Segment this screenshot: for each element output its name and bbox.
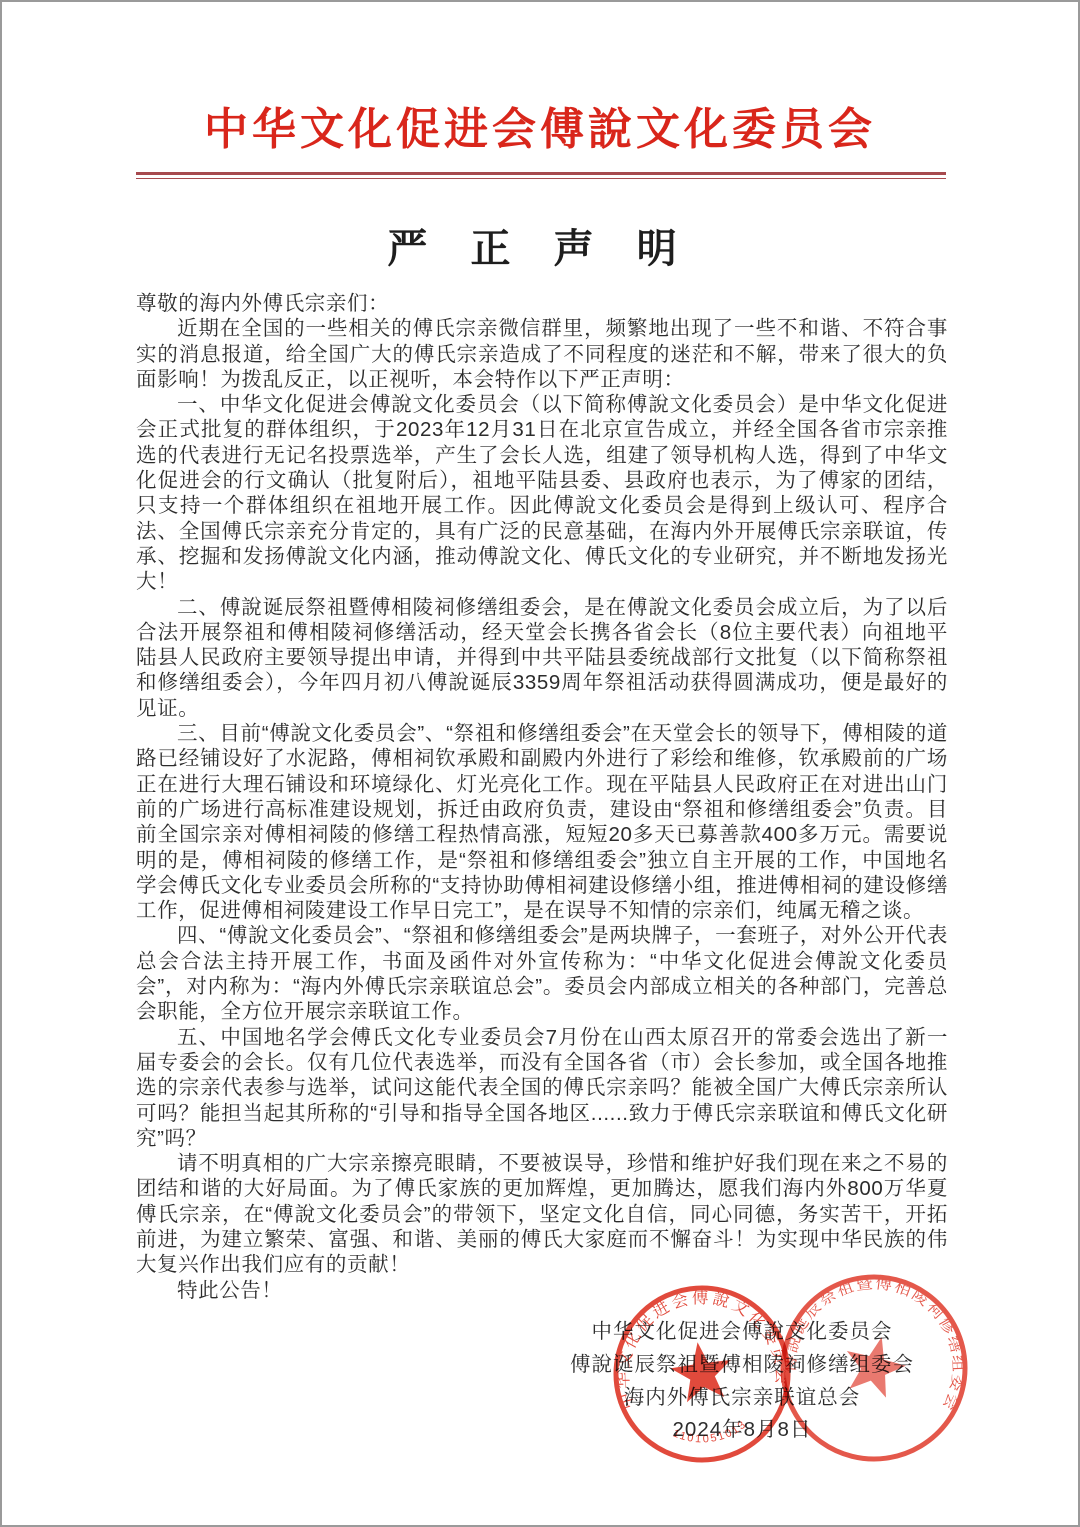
statement-body: 尊敬的海内外傅氏宗亲们： 近期在全国的一些相关的傅氏宗亲微信群里，频繁地出现了一… (136, 291, 948, 1303)
letterhead-divider-rule (136, 172, 946, 179)
statement-title: 严 正 声 明 (2, 217, 1078, 274)
letterhead-org-title: 中华文化促进会傅說文化委员会 (2, 102, 1078, 158)
paragraph-item-2: 二、傅說诞辰祭祖暨傅相陵祠修缮组委会，是在傅說文化委员会成立后，为了以后合法开展… (136, 595, 948, 721)
paragraph-intro: 近期在全国的一些相关的傅氏宗亲微信群里，频繁地出现了一些不和谐、不符合事实的消息… (136, 316, 948, 392)
paragraph-item-5: 五、中国地名学会傅氏文化专业委员会7月份在山西太原召开的常委会选出了新一届专委会… (136, 1025, 948, 1151)
document-page: 中华文化促进会傅說文化委员会 严 正 声 明 尊敬的海内外傅氏宗亲们： 近期在全… (0, 0, 1080, 1527)
paragraph-item-1: 一、中华文化促进会傅說文化委员会（以下简称傅說文化委员会）是中华文化促进会正式批… (136, 392, 948, 594)
seal-serial-number: 1101051013 (670, 1417, 752, 1450)
paragraph-item-3: 三、目前“傅說文化委员会”、“祭祖和修缮组委会”在天堂会长的领导下，傅相陵的道路… (136, 721, 948, 923)
star-icon (667, 1338, 735, 1404)
svg-text:1101051013: 1101051013 (670, 1417, 752, 1450)
star-icon (838, 1330, 911, 1401)
paragraph-item-4: 四、“傅說文化委员会”、“祭祖和修缮组委会”是两块牌子，一套班子，对外公开代表总… (136, 923, 948, 1024)
salutation: 尊敬的海内外傅氏宗亲们： (136, 291, 948, 316)
